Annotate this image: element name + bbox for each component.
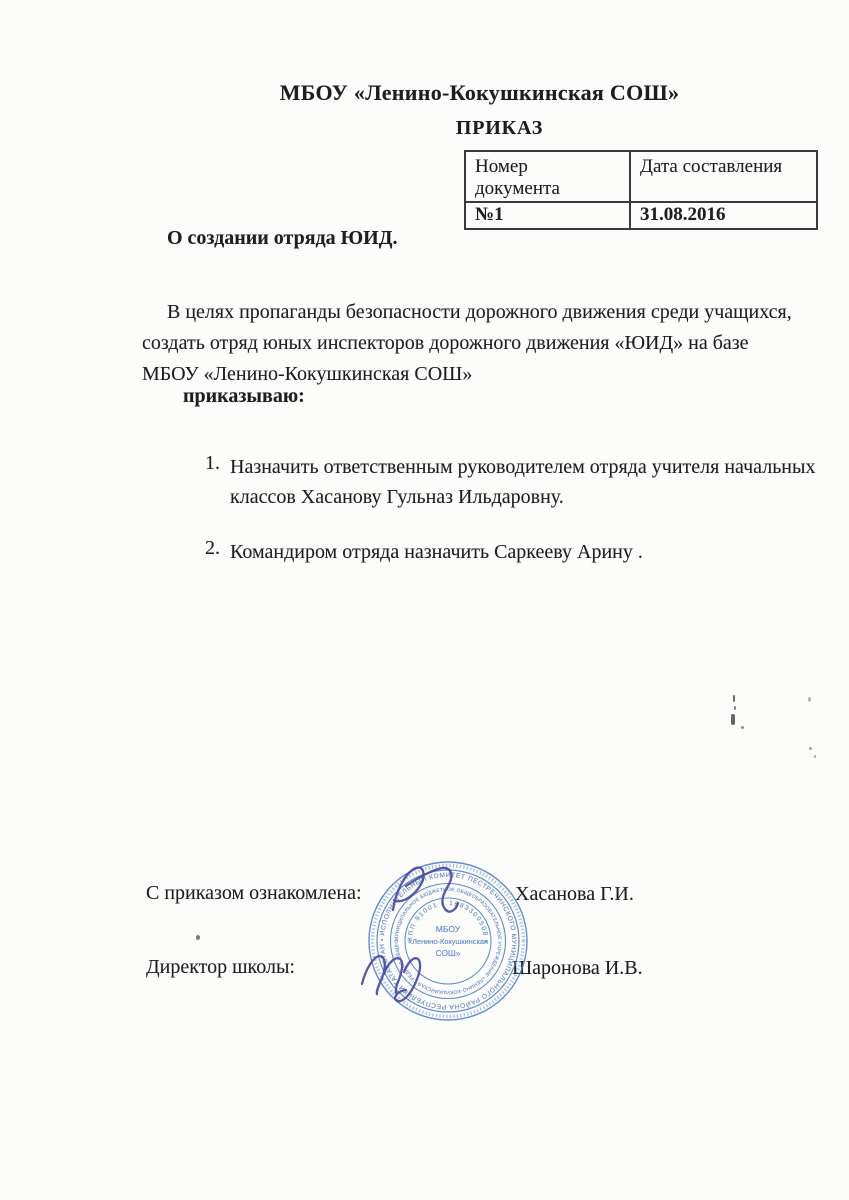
body-line: В целях пропаганды безопасности дорожног…	[142, 297, 792, 328]
scanned-order-document: МБОУ «Ленино-Кокушкинская СОШ» ПРИКАЗ Но…	[0, 0, 849, 1200]
stamp-svg: • ИСПОЛНИТЕЛЬНЫЙ КОМИТЕТ ПЕСТРЕЧИНСКОГО …	[347, 852, 549, 1034]
acknowledgement-label: С приказом ознакомлена:	[146, 882, 362, 905]
stamp-center-line2: «Ленино-Кокушкинская	[408, 937, 488, 946]
item-number: 2.	[205, 537, 230, 567]
scan-speck	[196, 935, 200, 940]
scan-speck	[809, 747, 812, 750]
table-header-row: Номер документа Дата составления	[466, 152, 816, 201]
table-header-doc-number: Номер документа	[466, 152, 629, 201]
scan-speck	[808, 697, 811, 702]
scan-speck	[814, 755, 816, 758]
order-keyword: приказываю:	[183, 385, 305, 408]
doc-number-value: №1	[466, 203, 629, 228]
order-subject: О создании отряда ЮИД.	[167, 227, 398, 250]
body-line: создать отряд юных инспекторов дорожного…	[142, 328, 792, 359]
scan-speck	[733, 695, 735, 702]
table-value-row: №1 31.08.2016	[466, 201, 816, 228]
doc-date-value: 31.08.2016	[629, 203, 816, 228]
order-item-1: 1. Назначить ответственным руководителем…	[205, 452, 815, 512]
item-text-line: классов Хасанову Гульназ Ильдаровну.	[230, 482, 564, 512]
table-header-doc-date: Дата составления	[629, 152, 816, 201]
scan-speck	[741, 726, 744, 729]
stamp-center-line3: СОШ»	[435, 948, 460, 958]
school-round-stamp: • ИСПОЛНИТЕЛЬНЫЙ КОМИТЕТ ПЕСТРЕЧИНСКОГО …	[347, 852, 549, 1034]
body-paragraph: В целях пропаганды безопасности дорожног…	[142, 297, 792, 390]
scan-speck	[734, 706, 736, 710]
item-number: 1.	[205, 452, 230, 482]
document-type-heading: ПРИКАЗ	[160, 117, 839, 140]
order-item-2: 2. Командиром отряда назначить Саркееву …	[205, 537, 643, 567]
item-text-line: Командиром отряда назначить Саркееву Ари…	[230, 537, 643, 567]
stamp-center-line1: МБОУ	[436, 924, 461, 934]
item-text-line: Назначить ответственным руководителем от…	[230, 452, 815, 482]
organization-name: МБОУ «Ленино-Кокушкинская СОШ»	[130, 80, 829, 106]
requisites-table: Номер документа Дата составления №1 31.0…	[464, 150, 818, 230]
director-label: Директор школы:	[146, 956, 295, 979]
scan-speck	[731, 714, 735, 725]
